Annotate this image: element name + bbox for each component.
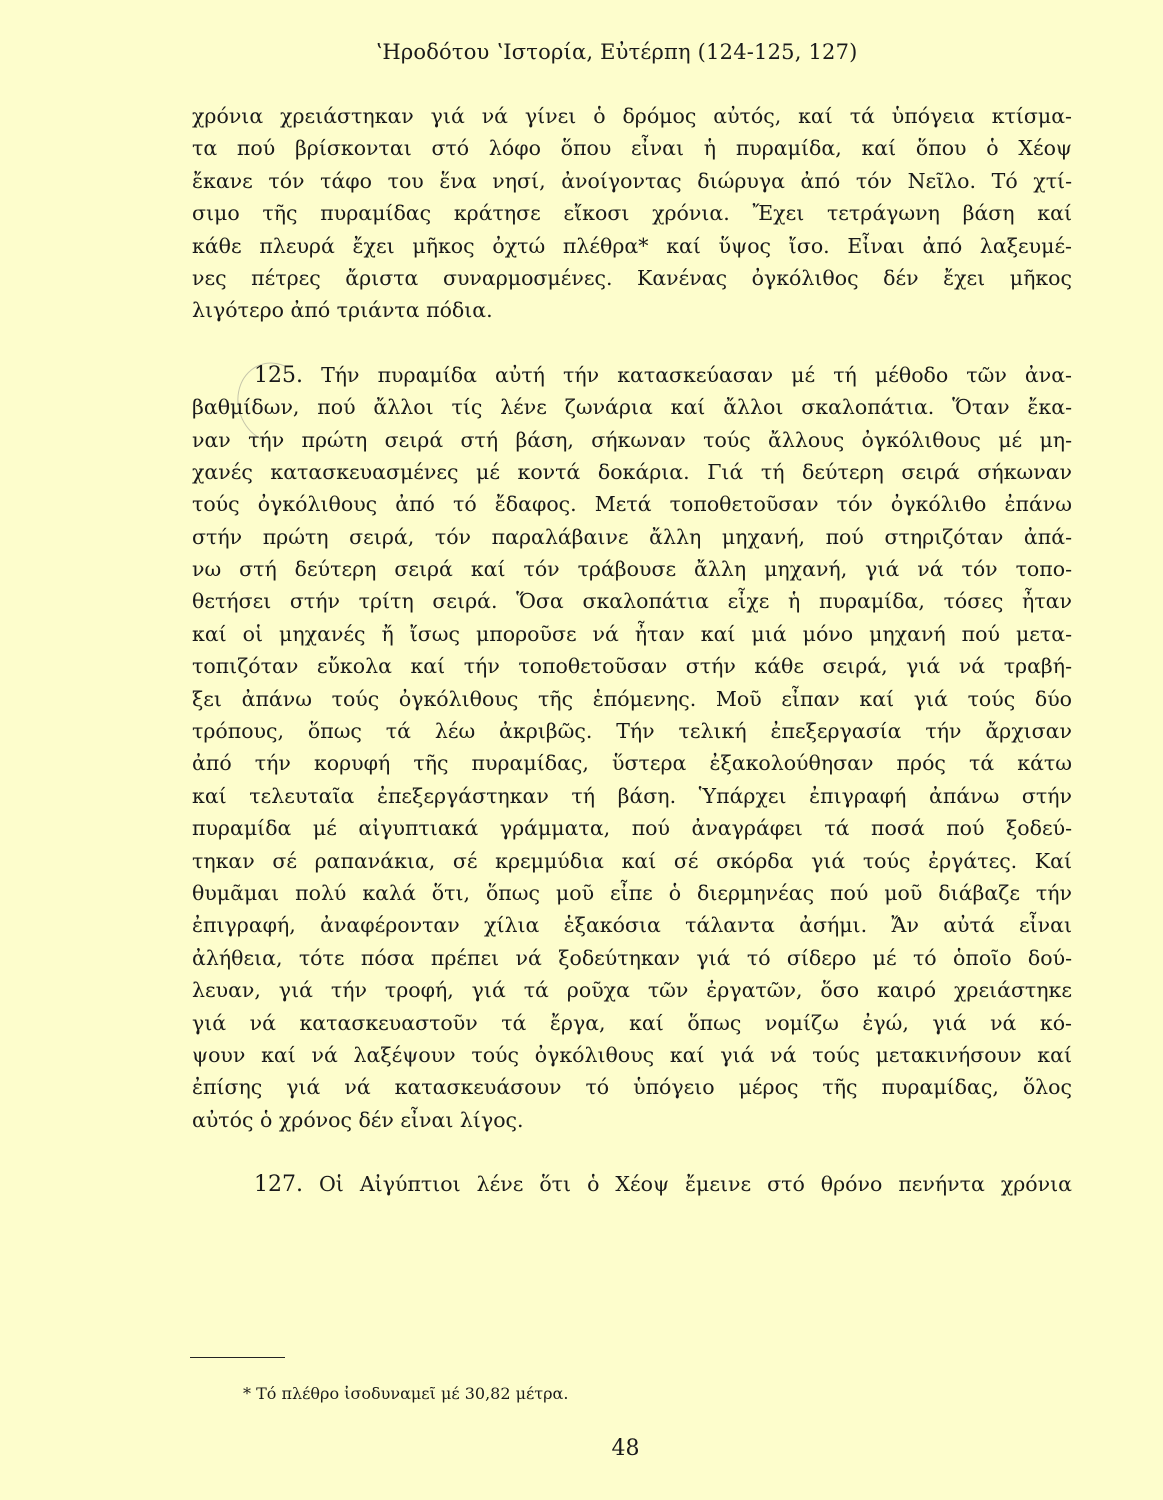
text-line: νες πέτρες ἄριστα συναρμοσμένες. Κανένας…	[192, 262, 1072, 294]
text-line: ἐπίσης γιά νά κατασκευάσουν τό ὑπόγειο μ…	[192, 1071, 1072, 1103]
paragraph-125: 125. Τήν πυραμίδα αὐτή τήν κατασκεύασαν …	[192, 359, 1072, 1136]
text-line: τρόπους, ὅπως τά λέω ἀκριβῶς. Τήν τελική…	[192, 715, 1072, 747]
paragraph-127: 127. Οἱ Αἰγύπτιοι λένε ὅτι ὁ Χέοψ ἔμεινε…	[192, 1168, 1072, 1200]
section-number: 125.	[254, 363, 303, 388]
text-line: ψουν καί νά λαξέψουν τούς ὀγκόλιθους καί…	[192, 1039, 1072, 1071]
paragraph-spacer	[192, 1136, 1072, 1168]
text-line: ἀλήθεια, τότε πόσα πρέπει νά ξοδεύτηκαν …	[192, 942, 1072, 974]
paragraph-124-continued: χρόνια χρειάστηκαν γιά νά γίνει ὁ δρόμος…	[192, 100, 1072, 327]
footnote-divider	[190, 1357, 285, 1358]
text-line: τα πού βρίσκονται στό λόφο ὅπου εἶναι ἡ …	[192, 132, 1072, 164]
text-line: θυμᾶμαι πολύ καλά ὅτι, ὅπως μοῦ εἶπε ὁ δ…	[192, 877, 1072, 909]
text-line: τούς ὀγκόλιθους ἀπό τό ἔδαφος. Μετά τοπο…	[192, 488, 1072, 520]
text-line: χανές κατασκευασμένες μέ κοντά δοκάρια. …	[192, 456, 1072, 488]
text-line: λιγότερο ἀπό τριάντα πόδια.	[192, 294, 1072, 326]
text-line: γιά νά κατασκευαστοῦν τά ἔργα, καί ὅπως …	[192, 1007, 1072, 1039]
text-line: λευαν, γιά τήν τροφή, γιά τά ροῦχα τῶν ἐ…	[192, 974, 1072, 1006]
text-line-first: 125. Τήν πυραμίδα αὐτή τήν κατασκεύασαν …	[192, 359, 1072, 391]
text-line: θετήσει στήν τρίτη σειρά. Ὅσα σκαλοπάτια…	[192, 585, 1072, 617]
text-line: πυραμίδα μέ αἰγυπτιακά γράμματα, πού ἀνα…	[192, 812, 1072, 844]
page-number: 48	[0, 1436, 1163, 1461]
running-head: ʽΗροδότου ʽΙστορία, Εὐτέρπη (124-125, 12…	[0, 40, 1163, 64]
text-line: χρόνια χρειάστηκαν γιά νά γίνει ὁ δρόμος…	[192, 100, 1072, 132]
text-line-content: Οἱ Αἰγύπτιοι λένε ὅτι ὁ Χέοψ ἔμεινε στό …	[319, 1172, 1072, 1196]
section-number: 127.	[254, 1172, 303, 1197]
text-line: ναν τήν πρώτη σειρά στή βάση, σήκωναν το…	[192, 424, 1072, 456]
text-line: αὐτός ὁ χρόνος δέν εἶναι λίγος.	[192, 1104, 1072, 1136]
text-line: καί οἱ μηχανές ἤ ἴσως μποροῦσε νά ἦταν κ…	[192, 618, 1072, 650]
text-line-content: Τήν πυραμίδα αὐτή τήν κατασκεύασαν μέ τή…	[321, 363, 1072, 387]
text-line: καί τελευταῖα ἐπεξεργάστηκαν τή βάση. Ὑπ…	[192, 780, 1072, 812]
text-line: βαθμίδων, πού ἄλλοι τίς λένε ζωνάρια καί…	[192, 391, 1072, 423]
text-line: σιμο τῆς πυραμίδας κράτησε εἴκοσι χρόνια…	[192, 197, 1072, 229]
body-text: χρόνια χρειάστηκαν γιά νά γίνει ὁ δρόμος…	[192, 100, 1072, 1201]
text-line: τοπιζόταν εὔκολα καί τήν τοποθετοῦσαν στ…	[192, 650, 1072, 682]
paragraph-spacer	[192, 327, 1072, 359]
text-line: ἐπιγραφή, ἀναφέρονταν χίλια ἑξακόσια τάλ…	[192, 909, 1072, 941]
text-line: νω στή δεύτερη σειρά καί τόν τράβουσε ἄλ…	[192, 553, 1072, 585]
text-line: στήν πρώτη σειρά, τόν παραλάβαινε ἄλλη μ…	[192, 521, 1072, 553]
text-line-first: 127. Οἱ Αἰγύπτιοι λένε ὅτι ὁ Χέοψ ἔμεινε…	[192, 1168, 1072, 1200]
text-line: κάθε πλευρά ἔχει μῆκος ὀχτώ πλέθρα* καί …	[192, 230, 1072, 262]
text-line: ξει ἀπάνω τούς ὀγκόλιθους τῆς ἑπόμενης. …	[192, 683, 1072, 715]
text-line: ἀπό τήν κορυφή τῆς πυραμίδας, ὕστερα ἐξα…	[192, 747, 1072, 779]
text-line: τηκαν σέ ραπανάκια, σέ κρεμμύδια καί σέ …	[192, 845, 1072, 877]
footnote: * Τό πλέθρο ἰσοδυναμεῖ μέ 30,82 μέτρα.	[243, 1384, 568, 1403]
text-line: ἔκανε τόν τάφο του ἕνα νησί, ἀνοίγοντας …	[192, 165, 1072, 197]
